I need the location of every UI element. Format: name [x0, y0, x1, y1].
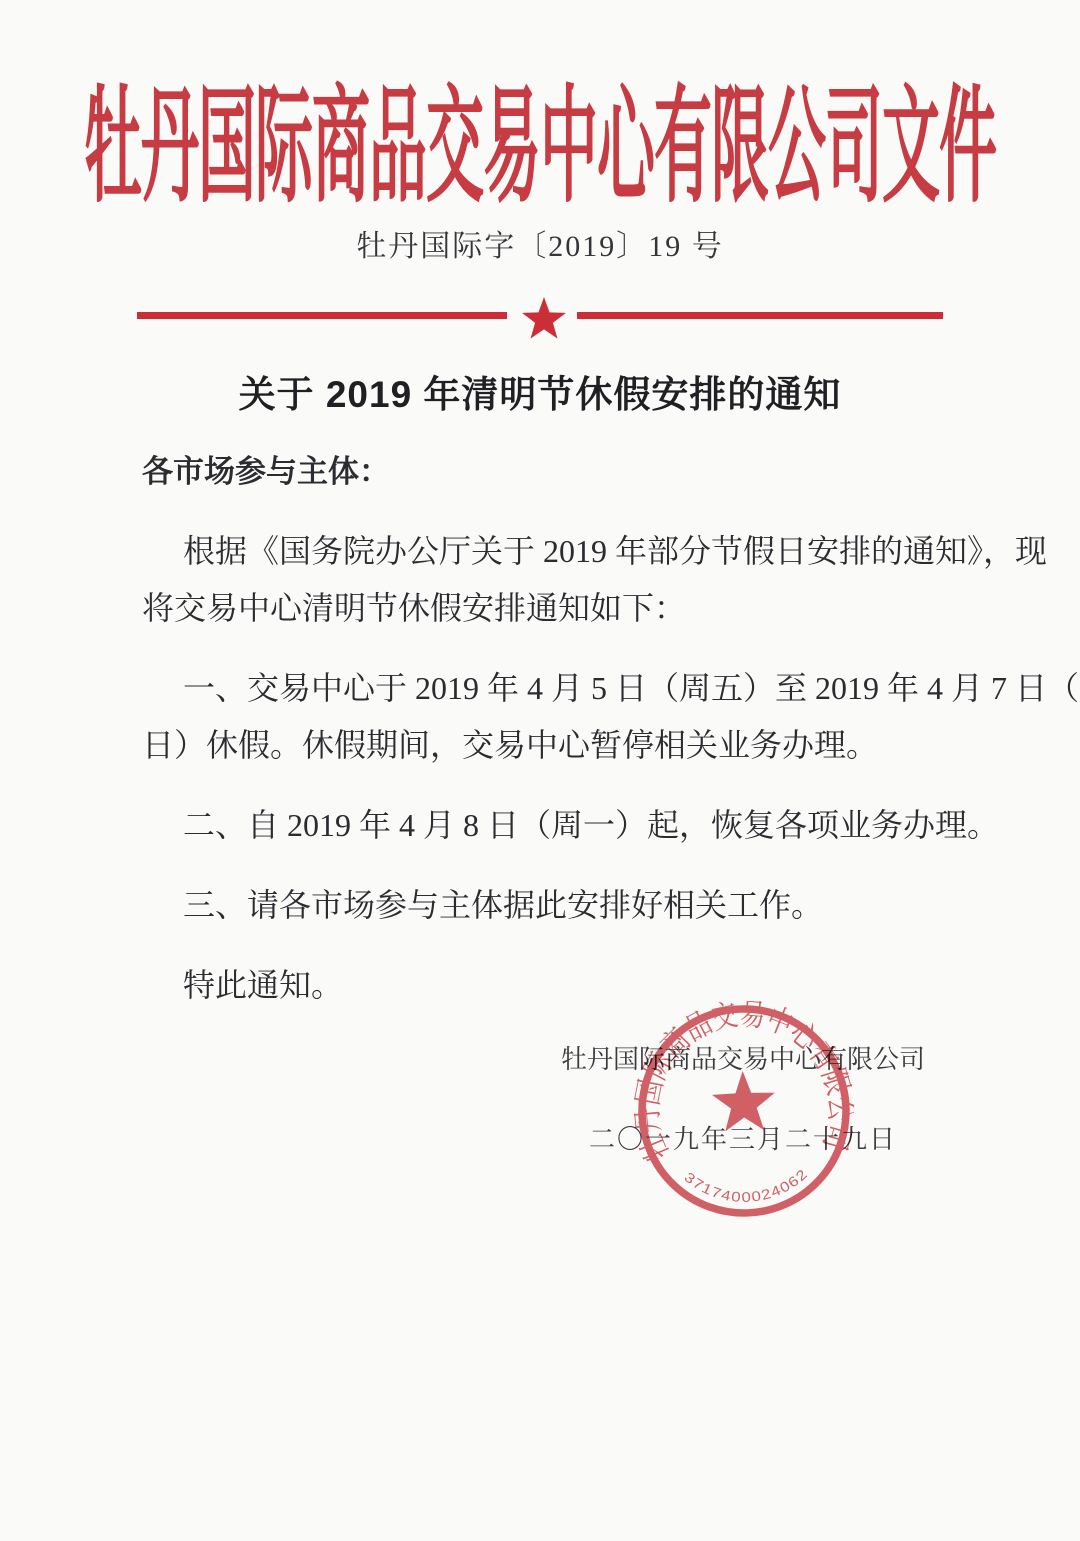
letterhead-title: 牡丹国际商品交易中心有限公司文件 — [0, 44, 1080, 227]
body-line: 三、请各市场参与主体据此安排好相关工作。 — [142, 877, 987, 934]
body-line: 根据《国务院办公厅关于 2019 年部分节假日安排的通知》，现 — [142, 523, 987, 580]
notice-body: 各市场参与主体： 根据《国务院办公厅关于 2019 年部分节假日安排的通知》，现… — [142, 443, 987, 1014]
body-line: 二、自 2019 年 4 月 8 日（周一）起，恢复各项业务办理。 — [142, 797, 987, 854]
divider-line-right — [577, 312, 943, 319]
salutation: 各市场参与主体： — [142, 443, 987, 500]
document-number: 牡丹国际字〔2019〕19 号 — [0, 221, 1080, 265]
seal-star-icon — [711, 1070, 776, 1132]
body-line: 一、交易中心于 2019 年 4 月 5 日（周五）至 2019 年 4 月 7… — [142, 660, 987, 717]
notice-title: 关于 2019 年清明节休假安排的通知 — [0, 364, 1080, 418]
body-line: 日）休假。休假期间，交易中心暂停相关业务办理。 — [142, 717, 987, 774]
closing-phrase: 特此通知。 — [142, 957, 987, 1014]
red-star-icon — [520, 295, 568, 345]
body-line: 将交易中心清明节休假安排通知如下： — [142, 580, 987, 637]
company-seal: 牡丹国际商品交易中心有限公司 3717400024062 — [634, 1001, 854, 1221]
divider-line-left — [137, 312, 507, 319]
